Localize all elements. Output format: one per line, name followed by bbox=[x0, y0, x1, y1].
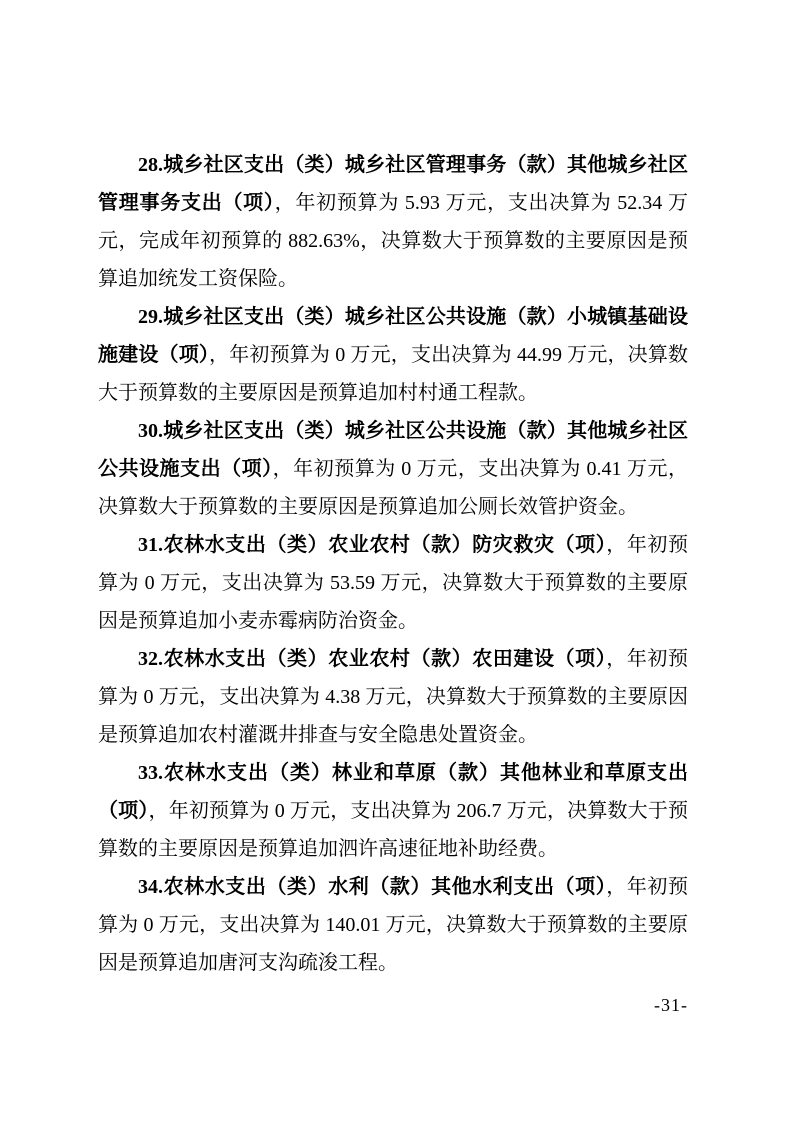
budget-paragraph-28: 28.城乡社区支出（类）城乡社区管理事务（款）其他城乡社区管理事务支出（项），年… bbox=[98, 146, 688, 298]
budget-paragraph-32: 32.农林水支出（类）农业农村（款）农田建设（项），年初预算为 0 万元，支出决… bbox=[98, 640, 688, 754]
paragraph-34-heading: 34.农林水支出（类）水利（款）其他水利支出（项） bbox=[138, 876, 606, 898]
page-number: -31- bbox=[98, 994, 688, 1016]
budget-paragraph-34: 34.农林水支出（类）水利（款）其他水利支出（项），年初预算为 0 万元，支出决… bbox=[98, 868, 688, 982]
budget-paragraph-29: 29.城乡社区支出（类）城乡社区公共设施（款）小城镇基础设施建设（项），年初预算… bbox=[98, 298, 688, 412]
paragraph-31-heading: 31.农林水支出（类）农业农村（款）防灾救灾（项） bbox=[138, 534, 606, 556]
budget-paragraph-31: 31.农林水支出（类）农业农村（款）防灾救灾（项），年初预算为 0 万元，支出决… bbox=[98, 526, 688, 640]
document-page: 28.城乡社区支出（类）城乡社区管理事务（款）其他城乡社区管理事务支出（项），年… bbox=[0, 0, 793, 1122]
budget-paragraph-33: 33.农林水支出（类）林业和草原（款）其他林业和草原支出（项），年初预算为 0 … bbox=[98, 754, 688, 868]
paragraph-33-body: ，年初预算为 0 万元，支出决算为 206.7 万元，决算数大于预算数的主要原因… bbox=[98, 800, 688, 860]
document-body: 28.城乡社区支出（类）城乡社区管理事务（款）其他城乡社区管理事务支出（项），年… bbox=[98, 146, 688, 1016]
budget-paragraph-30: 30.城乡社区支出（类）城乡社区公共设施（款）其他城乡社区公共设施支出（项），年… bbox=[98, 412, 688, 526]
paragraph-32-heading: 32.农林水支出（类）农业农村（款）农田建设（项） bbox=[138, 648, 606, 670]
